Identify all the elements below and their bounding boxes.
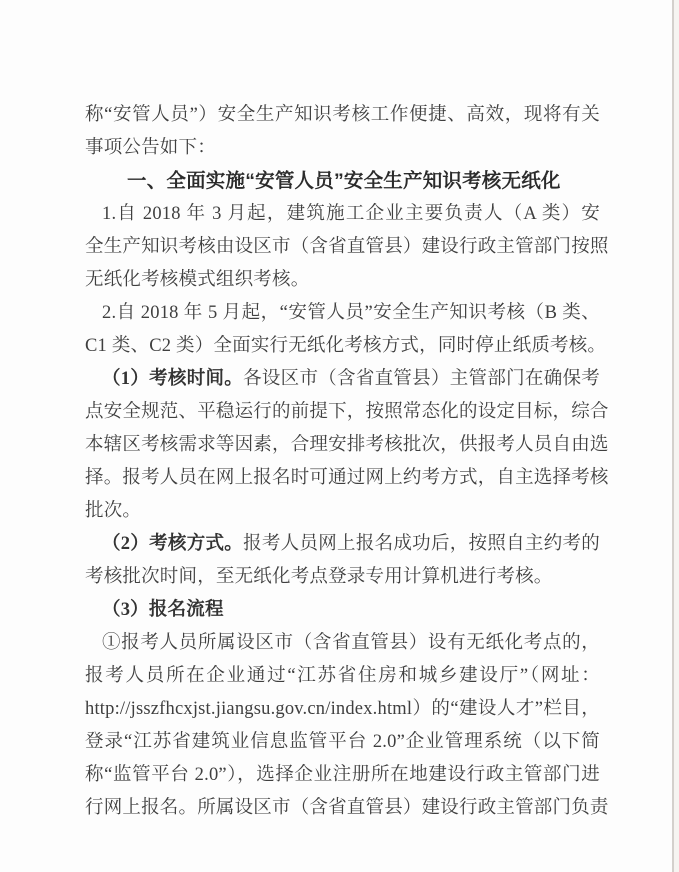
text-line-10: 点安全规范、平稳运行的前提下，按照常态化的设定目标，综合 bbox=[85, 396, 600, 429]
body-text-segment: 称“安管人员”）安全生产知识考核工作便捷、高效，现将有关 bbox=[85, 105, 600, 125]
body-text-segment: 点安全规范、平稳运行的前提下，按照常态化的设定目标，综合 bbox=[85, 402, 609, 422]
text-line-20: 登录“江苏省建筑业信息监管平台 2.0”企业管理系统（以下简 bbox=[85, 726, 600, 759]
body-text-segment: 报考人员网上报名成功后，按照自主约考的 bbox=[243, 534, 600, 554]
text-line-16: （3）报名流程 bbox=[85, 594, 600, 627]
text-line-4: 1.自 2018 年 3 月起，建筑施工企业主要负责人（A 类）安 bbox=[85, 198, 600, 231]
body-text-segment: http://jsszfhcxjst.jiangsu.gov.cn/index.… bbox=[85, 699, 600, 719]
text-line-5: 全生产知识考核由设区市（含省直管县）建设行政主管部门按照 bbox=[85, 231, 600, 264]
body-text-segment: 全生产知识考核由设区市（含省直管县）建设行政主管部门按照 bbox=[85, 237, 609, 257]
text-line-17: ①报考人员所属设区市（含省直管县）设有无纸化考点的， bbox=[85, 627, 600, 660]
text-line-13: 批次。 bbox=[85, 495, 600, 528]
body-text-segment: 行网上报名。所属设区市（含省直管县）建设行政主管部门负责 bbox=[85, 798, 609, 818]
body-text-segment: 1.自 2018 年 3 月起，建筑施工企业主要负责人（A 类）安 bbox=[102, 204, 600, 224]
bold-text-segment: （2）考核方式。 bbox=[102, 534, 243, 554]
body-text-segment: 批次。 bbox=[85, 501, 141, 521]
text-line-22: 行网上报名。所属设区市（含省直管县）建设行政主管部门负责 bbox=[85, 792, 600, 825]
text-line-11: 本辖区考核需求等因素，合理安排考核批次，供报考人员自由选 bbox=[85, 429, 600, 462]
text-line-6: 无纸化考核模式组织考核。 bbox=[85, 264, 600, 297]
text-line-2: 事项公告如下： bbox=[85, 132, 600, 165]
text-line-1: 称“安管人员”）安全生产知识考核工作便捷、高效，现将有关 bbox=[85, 99, 600, 132]
body-text-segment: C1 类、C2 类）全面实行无纸化考核方式，同时停止纸质考核。 bbox=[85, 336, 606, 356]
scan-edge-strip bbox=[674, 0, 679, 872]
bold-text-segment: （1）考核时间。 bbox=[102, 369, 243, 389]
document-page: 称“安管人员”）安全生产知识考核工作便捷、高效，现将有关事项公告如下：一、全面实… bbox=[0, 0, 679, 872]
body-text-segment: 各设区市（含省直管县）主管部门在确保考 bbox=[243, 369, 600, 389]
text-line-19: http://jsszfhcxjst.jiangsu.gov.cn/index.… bbox=[85, 693, 600, 726]
body-text-segment: 本辖区考核需求等因素，合理安排考核批次，供报考人员自由选 bbox=[85, 435, 609, 455]
body-text-segment: 登录“江苏省建筑业信息监管平台 2.0”企业管理系统（以下简 bbox=[85, 732, 600, 752]
text-line-8: C1 类、C2 类）全面实行无纸化考核方式，同时停止纸质考核。 bbox=[85, 330, 600, 363]
body-text-segment: ①报考人员所属设区市（含省直管县）设有无纸化考点的， bbox=[102, 633, 600, 653]
text-line-18: 报考人员所在企业通过“江苏省住房和城乡建设厅”（网址： bbox=[85, 660, 600, 693]
bold-text-segment: 一、全面实施“安管人员”安全生产知识考核无纸化 bbox=[127, 170, 561, 192]
document-body: 称“安管人员”）安全生产知识考核工作便捷、高效，现将有关事项公告如下：一、全面实… bbox=[85, 99, 600, 825]
text-line-7: 2.自 2018 年 5 月起，“安管人员”安全生产知识考核（B 类、 bbox=[85, 297, 600, 330]
text-line-15: 考核批次时间，至无纸化考点登录专用计算机进行考核。 bbox=[85, 561, 600, 594]
body-text-segment: 事项公告如下： bbox=[85, 138, 216, 158]
body-text-segment: 考核批次时间，至无纸化考点登录专用计算机进行考核。 bbox=[85, 567, 553, 587]
text-line-12: 择。报考人员在网上报名时可通过网上约考方式，自主选择考核 bbox=[85, 462, 600, 495]
text-line-9: （1）考核时间。各设区市（含省直管县）主管部门在确保考 bbox=[85, 363, 600, 396]
body-text-segment: 报考人员所在企业通过“江苏省住房和城乡建设厅”（网址： bbox=[85, 666, 600, 686]
body-text-segment: 称“监管平台 2.0”），选择企业注册所在地建设行政主管部门进 bbox=[85, 765, 600, 785]
text-line-3: 一、全面实施“安管人员”安全生产知识考核无纸化 bbox=[85, 165, 600, 198]
body-text-segment: 择。报考人员在网上报名时可通过网上约考方式，自主选择考核 bbox=[85, 468, 609, 488]
body-text-segment: 无纸化考核模式组织考核。 bbox=[85, 270, 309, 290]
body-text-segment: 2.自 2018 年 5 月起，“安管人员”安全生产知识考核（B 类、 bbox=[102, 303, 600, 323]
text-line-21: 称“监管平台 2.0”），选择企业注册所在地建设行政主管部门进 bbox=[85, 759, 600, 792]
bold-text-segment: （3）报名流程 bbox=[102, 600, 224, 620]
text-line-14: （2）考核方式。报考人员网上报名成功后，按照自主约考的 bbox=[85, 528, 600, 561]
